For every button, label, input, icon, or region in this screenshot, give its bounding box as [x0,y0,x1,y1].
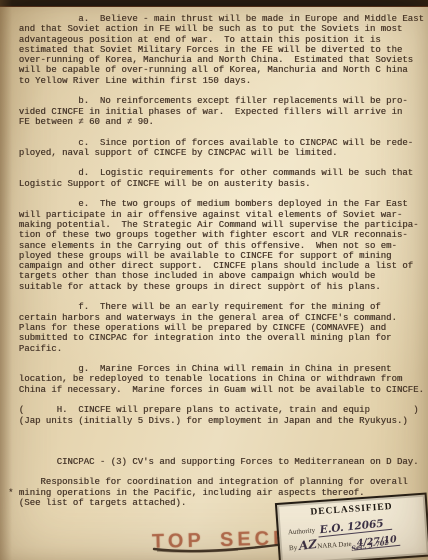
document-line: Plans for these operations will be prepa… [8,323,428,333]
document-line: f. There will be an early requirement fo… [8,302,428,312]
document-line [8,354,428,364]
document-line: to Yellow River Line within first 150 da… [8,76,428,86]
document-line: ployed these groups will be available to… [8,251,428,261]
document-line [8,446,428,456]
document-line [8,395,428,405]
redaction-bar [0,0,428,7]
by-signature: AZ [298,537,318,553]
document-line: a. Believe - main thrust will be made in… [8,14,428,24]
declassified-stamp: DECLASSIFIED AuthorityE.O. 12065 Sec. 5-… [277,495,428,560]
document-line: advantageous position at end of war. To … [8,35,428,45]
by-label: By [289,544,298,553]
document-line: certain harbors and waterways in the gen… [8,313,428,323]
document-line [8,426,428,436]
document-line [8,436,428,446]
document-line: g. Marine Forces in China will remain in… [8,364,428,374]
document-line: d. Logistic requirements for other comma… [8,168,428,178]
document-line: vided CINCFE in initial phases of war. E… [8,107,428,117]
document-line [8,292,428,302]
document-line: sance elements in the Carrying out of th… [8,241,428,251]
document-body: a. Believe - main thrust will be made in… [0,14,428,508]
document-line: b. No reinforcements except filler repla… [8,96,428,106]
document-line: location, be redeployed to tenable locat… [8,374,428,384]
document-line: c. Since portion of forces available to … [8,138,428,148]
nara-date-label: NARA Date [317,540,352,550]
document-line: CINCPAC - (3) CV's and supporting Forces… [8,457,428,467]
document-line: tion of these two groups together with f… [8,230,428,240]
document-line: * mining operations in the Pacific, incl… [8,488,428,498]
document-line: campaign and other direct support. CINCF… [8,261,428,271]
document-line [8,467,428,477]
document-line: ployed, naval support of CINCFE by CINCP… [8,148,428,158]
date-value: 4/27/10 [353,534,400,551]
document-line: estimated that Soviet Military Forces in… [8,45,428,55]
document-line: will be capable of over-running all of K… [8,65,428,75]
document-line [8,158,428,168]
document-line: ( H. CINCFE will prepare plans to activa… [8,405,428,415]
document-line: (Jap units (initially 5 Divs.) for emplo… [8,416,428,426]
document-line: China if necessary. Marine forces in Gua… [8,385,428,395]
document-line: targets other than those included in abo… [8,271,428,281]
document-line: will participate in air offensive agains… [8,210,428,220]
document-line: over-running of Korea, Manchuria and Nor… [8,55,428,65]
document-line: Logistic Support of CINCFE will be on au… [8,179,428,189]
document-line: and that Soviet action in FE will be suc… [8,24,428,34]
document-line: submitted to CINCPAC for integration int… [8,333,428,343]
document-line: e. The two groups of medium bombers depl… [8,199,428,209]
document-line: FE between ≠ 60 and ≠ 90. [8,117,428,127]
document-line: Pacific. [8,344,428,354]
document-line [8,189,428,199]
document-line: suitable for attack by these groups in d… [8,282,428,292]
document-line: Responsible for coordination and integra… [8,477,428,487]
document-line: making potential. The Strategic Air Comm… [8,220,428,230]
document-line [8,127,428,137]
document-line [8,86,428,96]
